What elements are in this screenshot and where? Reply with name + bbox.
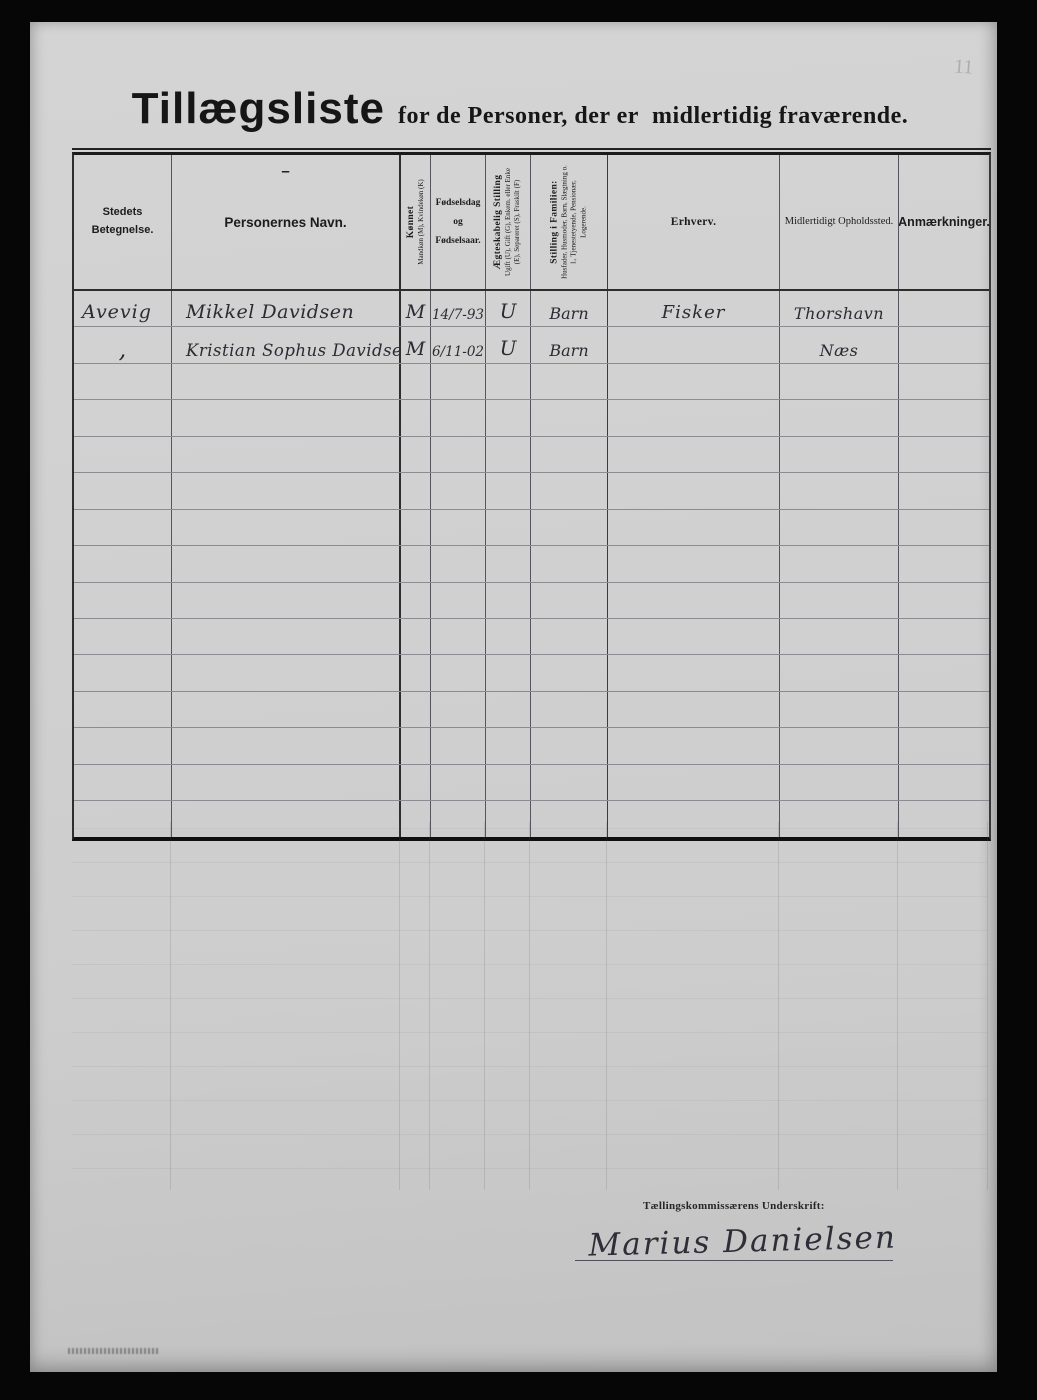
cell-name <box>172 619 401 654</box>
cell-remarks <box>899 801 989 836</box>
cell-name <box>172 473 401 508</box>
cell-remarks <box>899 692 989 727</box>
cell-family <box>531 801 608 836</box>
header-marital-rotated: Ægteskabelig Stilling Ugift (U), Gift (G… <box>493 162 523 282</box>
cell-stay: Næs <box>780 327 899 362</box>
cell-name <box>172 801 401 836</box>
cell-remarks <box>899 546 989 581</box>
cell-name: Kristian Sophus Davidsen <box>172 327 401 362</box>
cell-family <box>531 583 608 618</box>
cell-family: Barn <box>531 291 608 326</box>
cell-occupation <box>608 510 780 545</box>
cell-occupation <box>608 692 780 727</box>
table-row-1: Avevig Mikkel Davidsen M 14/7-93 U Barn … <box>74 291 989 327</box>
cell-family <box>531 510 608 545</box>
cell-sex <box>401 437 431 472</box>
cell-stay <box>780 583 899 618</box>
cell-sex <box>401 728 431 763</box>
cell-place: Avevig <box>74 291 172 326</box>
title-subtitle: for de Personer, der er <box>398 103 639 130</box>
cell-sex <box>401 400 431 435</box>
cell-birthdate <box>431 765 486 800</box>
cell-birthdate <box>431 473 486 508</box>
table-body: Avevig Mikkel Davidsen M 14/7-93 U Barn … <box>74 291 989 837</box>
cell-sex <box>401 765 431 800</box>
cell-stay: Thorshavn <box>780 291 899 326</box>
cell-occupation <box>608 655 780 690</box>
cell-place <box>74 619 172 654</box>
cell-sex <box>401 801 431 836</box>
ghost-ruling-vertical <box>778 822 779 1190</box>
cell-sex <box>401 473 431 508</box>
cell-family <box>531 473 608 508</box>
cell-place <box>74 510 172 545</box>
ghost-ruling-vertical <box>429 822 430 1190</box>
cell-stay <box>780 692 899 727</box>
cell-name <box>172 692 401 727</box>
cell-birthdate <box>431 619 486 654</box>
cell-family <box>531 437 608 472</box>
cell-occupation <box>608 546 780 581</box>
table-row-empty <box>74 619 989 655</box>
cell-marital: U <box>486 291 531 326</box>
cell-birthdate <box>431 692 486 727</box>
table-row-empty <box>74 765 989 801</box>
cell-marital <box>486 692 531 727</box>
cell-birthdate <box>431 510 486 545</box>
header-marital: Ægteskabelig Stilling Ugift (U), Gift (G… <box>486 155 531 289</box>
cell-stay <box>780 619 899 654</box>
table-row-empty <box>74 692 989 728</box>
cell-place <box>74 692 172 727</box>
cell-birthdate <box>431 583 486 618</box>
printer-mark <box>68 1348 160 1354</box>
header-birthdate: Fødselsdag og Fødselsaar. <box>431 155 486 289</box>
cell-birthdate: 14/7-93 <box>431 291 486 326</box>
ghost-ruling-vertical <box>484 822 485 1190</box>
cell-family <box>531 546 608 581</box>
cell-marital: U <box>486 327 531 362</box>
cell-marital <box>486 473 531 508</box>
cell-remarks <box>899 291 989 326</box>
table-row-empty <box>74 437 989 473</box>
cell-marital <box>486 546 531 581</box>
table-row-empty <box>74 364 989 400</box>
table-row-empty <box>74 546 989 582</box>
cell-birthdate <box>431 655 486 690</box>
table-row-empty <box>74 473 989 509</box>
cell-marital <box>486 801 531 836</box>
header-marital-sub: Ugift (U), Gift (G), Enkem. eller Enke (… <box>504 165 523 279</box>
cell-name <box>172 364 401 399</box>
cell-family <box>531 619 608 654</box>
cell-family <box>531 364 608 399</box>
cell-sex <box>401 692 431 727</box>
cell-occupation <box>608 728 780 763</box>
cell-marital <box>486 364 531 399</box>
ghost-ruling-vertical <box>170 822 171 1190</box>
paper-sheet: Tillægsliste for de Personer, der er mid… <box>30 22 997 1372</box>
header-sex-main: Kønnet <box>405 206 415 239</box>
cell-birthdate <box>431 400 486 435</box>
header-name-label: Personernes Navn. <box>224 215 346 230</box>
cell-birthdate: 6/11-02 <box>431 327 486 362</box>
cell-stay <box>780 728 899 763</box>
census-table: Stedets Betegnelse. – Personernes Navn. … <box>72 152 991 841</box>
header-name-dash: – <box>172 163 399 180</box>
cell-birthdate <box>431 801 486 836</box>
cell-place <box>74 765 172 800</box>
cell-stay <box>780 765 899 800</box>
cell-stay <box>780 364 899 399</box>
cell-place <box>74 364 172 399</box>
cell-name <box>172 400 401 435</box>
header-sex-sub: Mandkøn (M), Kvindekøn (K) <box>416 179 425 265</box>
ghost-ruling-vertical <box>529 822 530 1190</box>
ghost-ruling-vertical <box>399 822 400 1190</box>
title-main: Tillægsliste <box>132 84 385 134</box>
cell-stay <box>780 473 899 508</box>
cell-occupation <box>608 400 780 435</box>
cell-family <box>531 765 608 800</box>
cell-family <box>531 692 608 727</box>
cell-sex <box>401 364 431 399</box>
cell-stay <box>780 437 899 472</box>
cell-place <box>74 583 172 618</box>
cell-place <box>74 655 172 690</box>
cell-sex <box>401 546 431 581</box>
cell-family <box>531 400 608 435</box>
cell-place <box>74 473 172 508</box>
header-occupation: Erhverv. <box>608 155 780 289</box>
header-stay: Midlertidigt Opholdssted. <box>780 155 899 289</box>
cell-sex <box>401 583 431 618</box>
cell-place <box>74 728 172 763</box>
cell-marital <box>486 728 531 763</box>
cell-occupation <box>608 583 780 618</box>
signature: Marius Danielsen <box>574 1219 925 1264</box>
cell-stay <box>780 400 899 435</box>
cell-marital <box>486 583 531 618</box>
signature-label: Tællingskommissærens Underskrift: <box>575 1200 925 1212</box>
cell-name <box>172 510 401 545</box>
cell-stay <box>780 546 899 581</box>
cell-sex: M <box>401 291 431 326</box>
cell-remarks <box>899 655 989 690</box>
cell-occupation <box>608 473 780 508</box>
cell-family <box>531 728 608 763</box>
scan-background: { "document": { "title": { "main": "Till… <box>0 0 1037 1400</box>
title-subtitle-bold: midlertidig fraværende. <box>652 103 908 130</box>
header-family-main: Stilling i Familien: <box>549 180 559 263</box>
header-name: – Personernes Navn. <box>172 155 401 289</box>
table-row-empty <box>74 510 989 546</box>
cell-place <box>74 546 172 581</box>
table-row-empty <box>74 801 989 836</box>
cell-remarks <box>899 583 989 618</box>
ghost-ruling-vertical <box>606 822 607 1190</box>
ghost-ruling-vertical <box>987 822 988 1190</box>
cell-remarks <box>899 619 989 654</box>
cell-occupation <box>608 619 780 654</box>
cell-birthdate <box>431 437 486 472</box>
cell-place <box>74 400 172 435</box>
cell-remarks <box>899 728 989 763</box>
cell-occupation <box>608 364 780 399</box>
cell-occupation <box>608 765 780 800</box>
cell-occupation: Fisker <box>608 291 780 326</box>
cell-sex: M <box>401 327 431 362</box>
cell-marital <box>486 765 531 800</box>
cell-remarks <box>899 364 989 399</box>
cell-name: Mikkel Davidsen <box>172 291 401 326</box>
cell-sex <box>401 655 431 690</box>
cell-stay <box>780 510 899 545</box>
cell-family: Barn <box>531 327 608 362</box>
cell-name <box>172 583 401 618</box>
cell-remarks <box>899 437 989 472</box>
cell-family <box>531 655 608 690</box>
cell-stay <box>780 801 899 836</box>
cell-marital <box>486 400 531 435</box>
cell-occupation <box>608 801 780 836</box>
header-family-rotated: Stilling i Familien: Husfader, Husmoder,… <box>549 162 588 282</box>
table-row-empty <box>74 400 989 436</box>
header-place: Stedets Betegnelse. <box>74 155 172 289</box>
cell-name <box>172 437 401 472</box>
header-sex-rotated: Kønnet Mandkøn (M), Kvindekøn (K) <box>405 162 425 282</box>
cell-name <box>172 728 401 763</box>
cell-occupation <box>608 437 780 472</box>
cell-remarks <box>899 765 989 800</box>
cell-name <box>172 765 401 800</box>
cell-birthdate <box>431 728 486 763</box>
header-sex: Kønnet Mandkøn (M), Kvindekøn (K) <box>401 155 431 289</box>
table-row-empty <box>74 655 989 691</box>
cell-remarks <box>899 473 989 508</box>
cell-marital <box>486 437 531 472</box>
cell-birthdate <box>431 364 486 399</box>
cell-remarks <box>899 327 989 362</box>
pencil-page-note: 11 <box>953 55 974 79</box>
cell-name <box>172 655 401 690</box>
table-row-empty <box>74 583 989 619</box>
cell-marital <box>486 619 531 654</box>
cell-place-ditto: , <box>74 327 172 362</box>
header-family: Stilling i Familien: Husfader, Husmoder,… <box>531 155 608 289</box>
ghost-ruling-vertical <box>897 822 898 1190</box>
cell-birthdate <box>431 546 486 581</box>
page-title: Tillægsliste for de Personer, der er mid… <box>70 84 970 134</box>
signature-block: Tællingskommissærens Underskrift: Marius… <box>575 1200 925 1261</box>
cell-place <box>74 437 172 472</box>
header-family-sub: Husfader, Husmoder, Barn, Slægtning o. l… <box>560 165 588 279</box>
table-header-row: Stedets Betegnelse. – Personernes Navn. … <box>74 155 989 291</box>
cell-occupation <box>608 327 780 362</box>
ghost-ruling-horizontal <box>72 828 987 1188</box>
cell-stay <box>780 655 899 690</box>
table-row-2: , Kristian Sophus Davidsen M 6/11-02 U B… <box>74 327 989 363</box>
header-remarks: Anmærkninger. <box>899 155 989 289</box>
cell-marital <box>486 655 531 690</box>
header-marital-main: Ægteskabelig Stilling <box>493 175 503 270</box>
cell-name <box>172 546 401 581</box>
cell-remarks <box>899 400 989 435</box>
cell-sex <box>401 510 431 545</box>
cell-place <box>74 801 172 836</box>
table-row-empty <box>74 728 989 764</box>
cell-marital <box>486 510 531 545</box>
cell-remarks <box>899 510 989 545</box>
cell-sex <box>401 619 431 654</box>
